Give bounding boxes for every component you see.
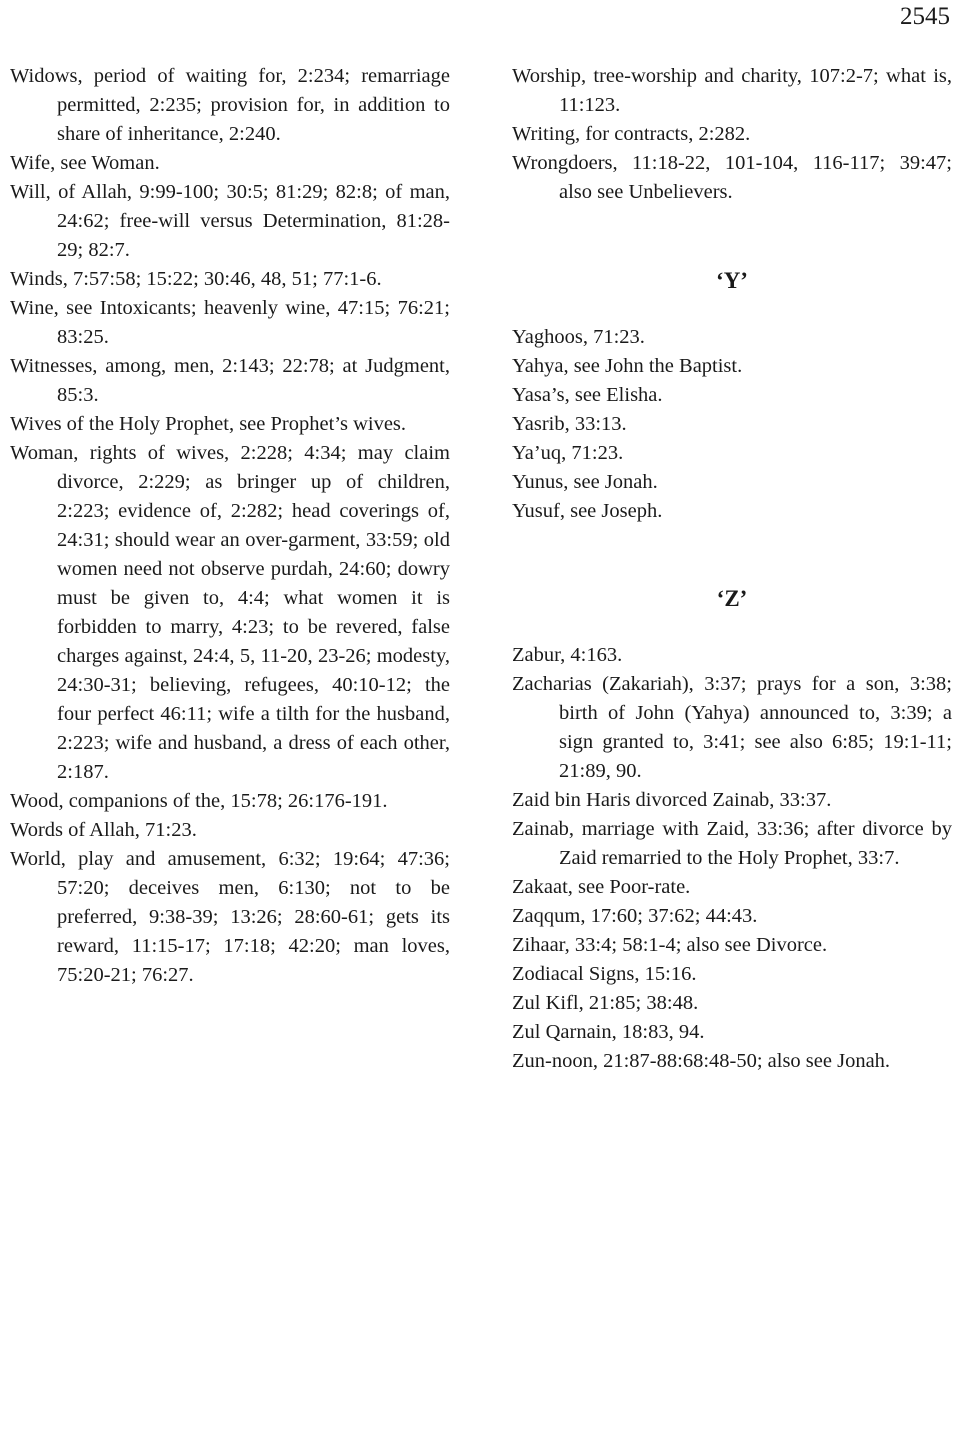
index-entry-widows: Widows, period of waiting for, 2:234; re…	[10, 62, 450, 149]
index-entry-world: World, play and amusement, 6:32; 19:64; …	[10, 845, 450, 990]
index-entry-zabur: Zabur, 4:163.	[512, 641, 952, 670]
index-entry-writing: Writing, for contracts, 2:282.	[512, 120, 952, 149]
index-entry-wood: Wood, companions of the, 15:78; 26:176-1…	[10, 787, 450, 816]
section-heading-z: ‘Z’	[512, 584, 952, 613]
index-entry-will: Will, of Allah, 9:99-100; 30:5; 81:29; 8…	[10, 178, 450, 265]
index-entry-woman: Woman, rights of wives, 2:228; 4:34; may…	[10, 439, 450, 787]
index-entry-zun-noon: Zun-noon, 21:87-88:68:48-50; also see Jo…	[512, 1047, 952, 1076]
index-entry-zainab: Zainab, marriage with Zaid, 33:36; after…	[512, 815, 952, 873]
index-entry-wrongdoers: Wrongdoers, 11:18-22, 101-104, 116-117; …	[512, 149, 952, 207]
index-entry-zaid: Zaid bin Haris divorced Zainab, 33:37.	[512, 786, 952, 815]
index-entry-winds: Winds, 7:57:58; 15:22; 30:46, 48, 51; 77…	[10, 265, 450, 294]
left-index-column: Widows, period of waiting for, 2:234; re…	[10, 62, 450, 990]
index-entry-zul-qarnain: Zul Qarnain, 18:83, 94.	[512, 1018, 952, 1047]
right-index-column: Worship, tree-worship and charity, 107:2…	[512, 62, 952, 1076]
index-entry-worship: Worship, tree-worship and charity, 107:2…	[512, 62, 952, 120]
page-number: 2545	[900, 2, 950, 32]
index-entry-words: Words of Allah, 71:23.	[10, 816, 450, 845]
index-entry-yauq: Ya’uq, 71:23.	[512, 439, 952, 468]
index-entry-yaghoos: Yaghoos, 71:23.	[512, 323, 952, 352]
index-entry-zodiacal-signs: Zodiacal Signs, 15:16.	[512, 960, 952, 989]
index-entry-zakaat: Zakaat, see Poor-rate.	[512, 873, 952, 902]
index-entry-wives: Wives of the Holy Prophet, see Prophet’s…	[10, 410, 450, 439]
index-entry-yasas: Yasa’s, see Elisha.	[512, 381, 952, 410]
index-entry-wife: Wife, see Woman.	[10, 149, 450, 178]
section-heading-y: ‘Y’	[512, 266, 952, 295]
index-entry-zaqqum: Zaqqum, 17:60; 37:62; 44:43.	[512, 902, 952, 931]
index-entry-yunus: Yunus, see Jonah.	[512, 468, 952, 497]
index-entry-wine: Wine, see Intoxicants; heavenly wine, 47…	[10, 294, 450, 352]
index-entry-witnesses: Witnesses, among, men, 2:143; 22:78; at …	[10, 352, 450, 410]
index-entry-zacharias: Zacharias (Zakariah), 3:37; prays for a …	[512, 670, 952, 786]
index-entry-zihaar: Zihaar, 33:4; 58:1-4; also see Divorce.	[512, 931, 952, 960]
index-entry-yusuf: Yusuf, see Joseph.	[512, 497, 952, 526]
index-entry-zul-kifl: Zul Kifl, 21:85; 38:48.	[512, 989, 952, 1018]
index-entry-yasrib: Yasrib, 33:13.	[512, 410, 952, 439]
index-entry-yahya: Yahya, see John the Baptist.	[512, 352, 952, 381]
